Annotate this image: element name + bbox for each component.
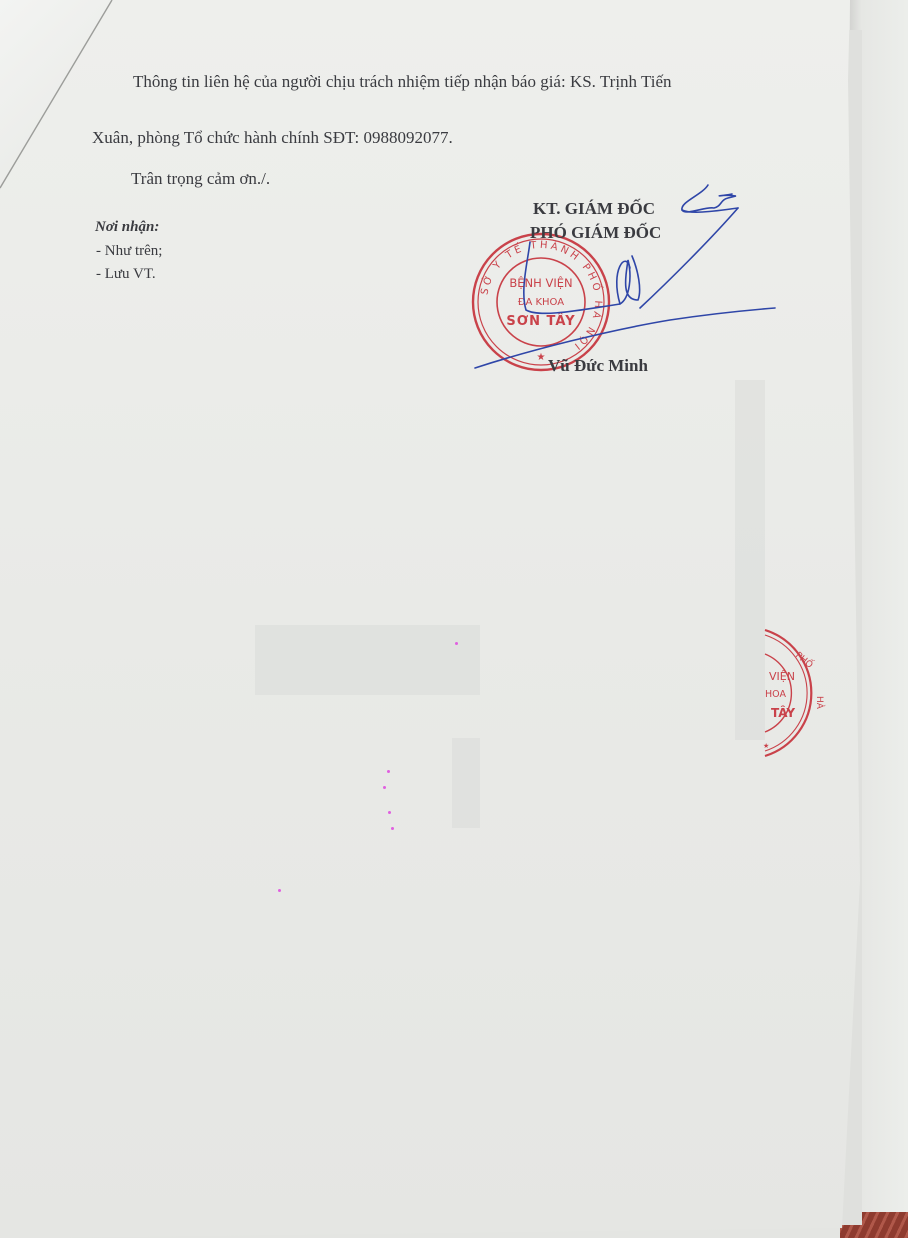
svg-text:VIỆN: VIỆN — [769, 670, 795, 683]
show-through-block — [255, 625, 480, 695]
closing-line: Trân trọng cảm ơn./. — [131, 169, 270, 189]
contact-line-2: Xuân, phòng Tổ chức hành chính SĐT: 0988… — [92, 128, 453, 148]
svg-text:HOA: HOA — [765, 689, 786, 700]
recipients-heading: Nơi nhận: — [95, 219, 159, 236]
pink-speck — [278, 889, 281, 892]
svg-text:TÂY: TÂY — [771, 705, 795, 720]
recipient-item: - Lưu VT. — [96, 266, 156, 283]
contact-line-1: Thông tin liên hệ của người chịu trách n… — [133, 72, 672, 92]
svg-text:★: ★ — [763, 742, 769, 750]
signature — [470, 180, 790, 380]
fold-crease — [0, 0, 130, 200]
pink-speck — [388, 811, 391, 814]
svg-text:HÀ: HÀ — [814, 696, 826, 710]
pink-speck — [387, 770, 390, 773]
pink-speck — [455, 642, 458, 645]
partial-stamp: VIỆN HOA TÂY PHỐ HÀ ★ — [745, 622, 845, 762]
show-through-block — [452, 738, 480, 828]
recipient-item: - Như trên; — [96, 243, 162, 260]
signer-name: Vũ Đức Minh — [548, 356, 648, 376]
pink-speck — [383, 786, 386, 789]
pink-speck — [391, 827, 394, 830]
